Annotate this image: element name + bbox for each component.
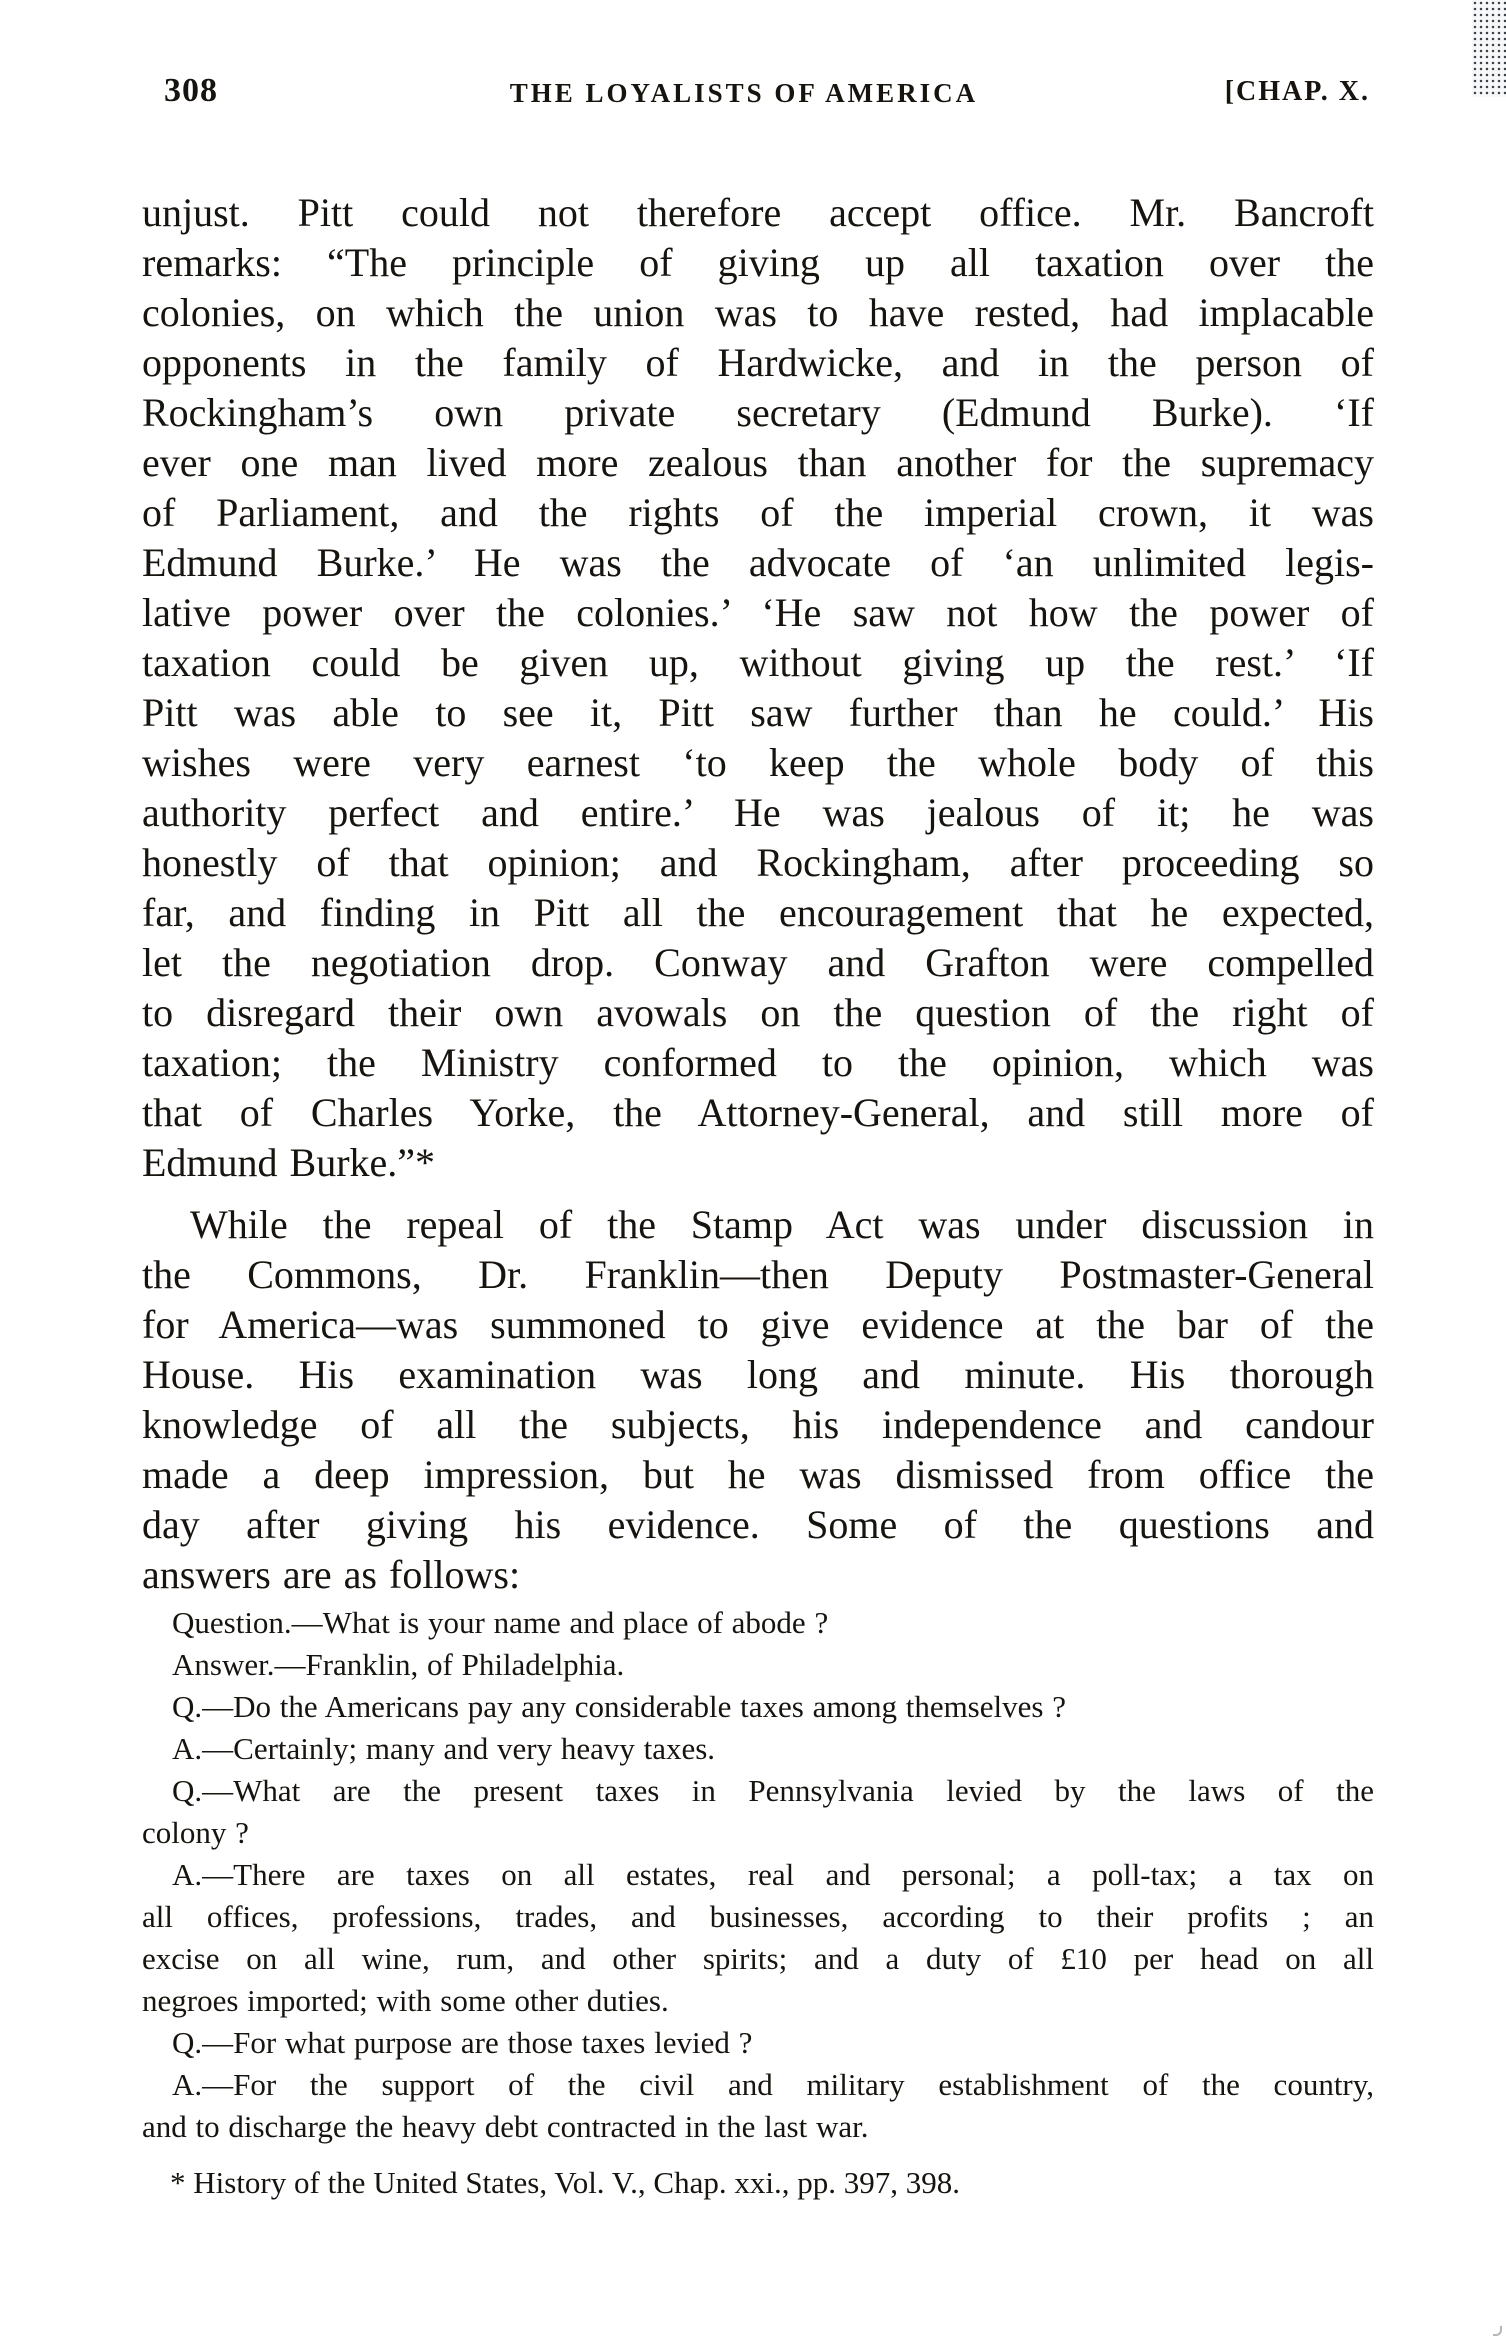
text-line: Question.—What is your name and place of… (142, 1602, 1374, 1644)
qa-item: Q.—Do the Americans pay any considerable… (142, 1686, 1374, 1728)
text-line: While the repeal of the Stamp Act was un… (142, 1200, 1374, 1250)
text-line: Q.—For what purpose are those taxes levi… (142, 2022, 1374, 2064)
text-line: Edmund Burke.”* (142, 1138, 1374, 1188)
text-line: wishes were very earnest ‘to keep the wh… (142, 738, 1374, 788)
qa-item: A.—Certainly; many and very heavy taxes. (142, 1728, 1374, 1770)
text-line: honestly of that opinion; and Rockingham… (142, 838, 1374, 888)
page-body: unjust. Pitt could not therefore accept … (142, 188, 1374, 2204)
qa-item: Answer.—Franklin, of Philadelphia. (142, 1644, 1374, 1686)
text-line: negroes imported; with some other duties… (142, 1980, 1374, 2022)
text-line: all offices, professions, trades, and bu… (142, 1896, 1374, 1938)
scan-speck-artifact (1493, 2326, 1502, 2336)
text-line: far, and finding in Pitt all the encoura… (142, 888, 1374, 938)
running-title: THE LOYALISTS OF AMERICA (510, 78, 978, 109)
body-paragraph-2: While the repeal of the Stamp Act was un… (142, 1200, 1374, 1600)
text-line: that of Charles Yorke, the Attorney-Gene… (142, 1088, 1374, 1138)
page-header: 308 THE LOYALISTS OF AMERICA [CHAP. X. (142, 72, 1374, 112)
footnote-area: * History of the United States, Vol. V.,… (142, 2162, 1374, 2204)
book-page: 308 THE LOYALISTS OF AMERICA [CHAP. X. u… (0, 0, 1506, 2339)
text-line: of Parliament, and the rights of the imp… (142, 488, 1374, 538)
qa-item: A.—For the support of the civil and mili… (142, 2064, 1374, 2148)
text-line: answers are as follows: (142, 1550, 1374, 1600)
text-line: and to discharge the heavy debt contract… (142, 2106, 1374, 2148)
text-line: made a deep impression, but he was dismi… (142, 1450, 1374, 1500)
text-line: excise on all wine, rum, and other spiri… (142, 1938, 1374, 1980)
text-line: Q.—What are the present taxes in Pennsyl… (142, 1770, 1374, 1812)
text-line: Rockingham’s own private secretary (Edmu… (142, 388, 1374, 438)
text-line: the Commons, Dr. Franklin—then Deputy Po… (142, 1250, 1374, 1300)
text-line: taxation; the Ministry conformed to the … (142, 1038, 1374, 1088)
qa-section: Question.—What is your name and place of… (142, 1602, 1374, 2148)
body-paragraph-1: unjust. Pitt could not therefore accept … (142, 188, 1374, 1188)
text-line: unjust. Pitt could not therefore accept … (142, 188, 1374, 238)
text-line: colony ? (142, 1812, 1374, 1854)
text-line: day after giving his evidence. Some of t… (142, 1500, 1374, 1550)
text-line: lative power over the colonies.’ ‘He saw… (142, 588, 1374, 638)
text-line: A.—For the support of the civil and mili… (142, 2064, 1374, 2106)
text-line: knowledge of all the subjects, his indep… (142, 1400, 1374, 1450)
text-line: opponents in the family of Hardwicke, an… (142, 338, 1374, 388)
text-line: let the negotiation drop. Conway and Gra… (142, 938, 1374, 988)
text-line: A.—Certainly; many and very heavy taxes. (142, 1728, 1374, 1770)
text-line: for America—was summoned to give evidenc… (142, 1300, 1374, 1350)
qa-item: Question.—What is your name and place of… (142, 1602, 1374, 1644)
text-line: to disregard their own avowals on the qu… (142, 988, 1374, 1038)
footnote-text: * History of the United States, Vol. V.,… (142, 2162, 1374, 2204)
text-line: taxation could be given up, without givi… (142, 638, 1374, 688)
text-line: remarks: “The principle of giving up all… (142, 238, 1374, 288)
text-line: ever one man lived more zealous than ano… (142, 438, 1374, 488)
text-line: colonies, on which the union was to have… (142, 288, 1374, 338)
text-line: Edmund Burke.’ He was the advocate of ‘a… (142, 538, 1374, 588)
text-line: Q.—Do the Americans pay any considerable… (142, 1686, 1374, 1728)
footnote: * History of the United States, Vol. V.,… (142, 2162, 1374, 2204)
qa-item: Q.—For what purpose are those taxes levi… (142, 2022, 1374, 2064)
qa-item: Q.—What are the present taxes in Pennsyl… (142, 1770, 1374, 1854)
text-line: Answer.—Franklin, of Philadelphia. (142, 1644, 1374, 1686)
text-line: A.—There are taxes on all estates, real … (142, 1854, 1374, 1896)
qa-item: A.—There are taxes on all estates, real … (142, 1854, 1374, 2022)
chapter-heading: [CHAP. X. (1225, 76, 1370, 108)
text-line: House. His examination was long and minu… (142, 1350, 1374, 1400)
scan-halftone-artifact (1472, 0, 1506, 97)
text-line: Pitt was able to see it, Pitt saw furthe… (142, 688, 1374, 738)
page-number: 308 (164, 72, 218, 110)
text-line: authority perfect and entire.’ He was je… (142, 788, 1374, 838)
